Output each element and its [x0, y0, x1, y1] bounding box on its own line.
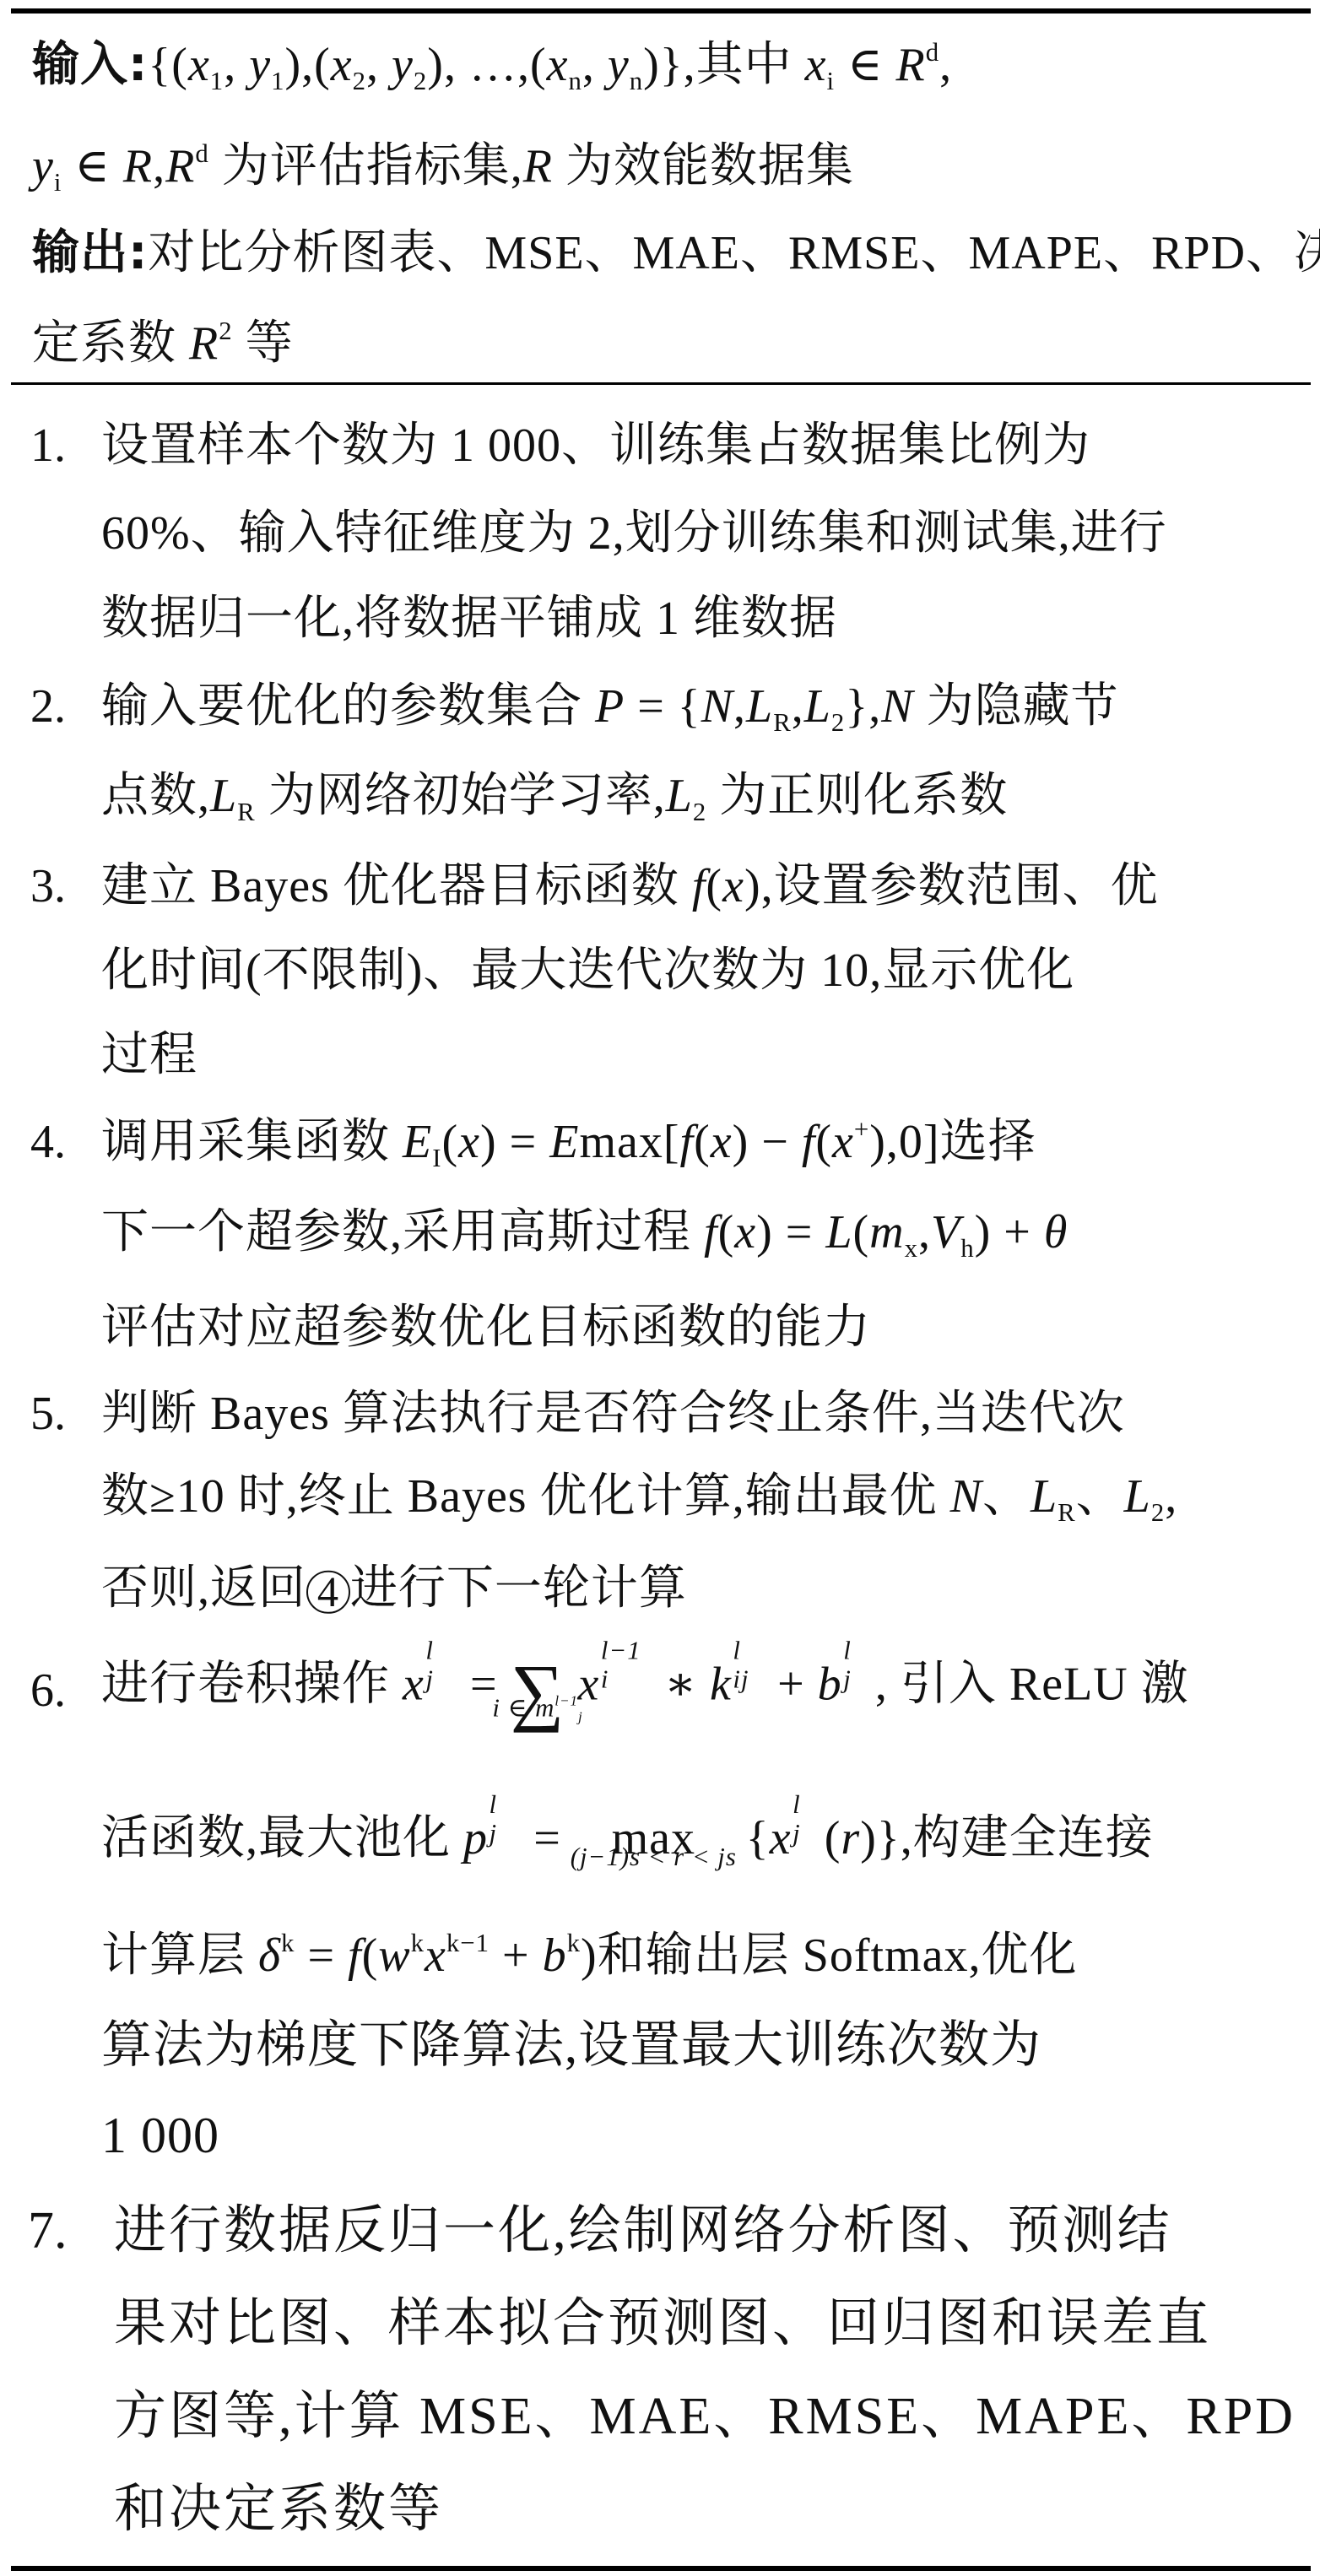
math-subscript: 2 — [831, 708, 845, 737]
text-run: ) − — [733, 1116, 802, 1168]
header-line: 输出:对比分析图表、MSE、MAE、RMSE、MAPE、RPD、决 — [32, 230, 1320, 277]
math-superscript: l — [733, 1637, 741, 1664]
text-run: ),0]选择 — [869, 1116, 1036, 1168]
step-number: 1. — [30, 422, 66, 469]
text-run: , — [733, 680, 746, 733]
text-run: )},其中 — [643, 39, 805, 91]
section-label: 输出: — [32, 225, 148, 280]
text-run: 和决定系数等 — [114, 2481, 443, 2538]
math-symbol: N — [701, 680, 733, 733]
math-symbol: p — [463, 1812, 488, 1864]
math-symbol: y — [392, 39, 414, 91]
math-subsup: lij — [732, 1652, 765, 1699]
text-run: 进行卷积操作 — [101, 1658, 403, 1710]
math-symbol: R — [189, 317, 219, 370]
math-symbol: x — [722, 860, 744, 912]
step-line: 化时间(不限制)、最大迭代次数为 10,显示优化 — [101, 947, 1074, 994]
header-line: 定系数 R2 等 — [32, 320, 294, 367]
math-symbol: f — [680, 1116, 695, 1168]
math-subscript: j — [425, 1666, 434, 1692]
math-subscript: j — [578, 1708, 583, 1724]
math-symbol: x — [832, 1116, 854, 1168]
text-run: ∈ — [835, 39, 895, 91]
math-subscript: i — [601, 1666, 609, 1692]
text-run: ( — [362, 1929, 379, 1982]
text-run: , — [224, 39, 249, 91]
text-run: 计算层 — [101, 1929, 258, 1982]
step-line: 评估对应超参数优化目标函数的能力 — [101, 1304, 871, 1351]
text-run: , — [792, 680, 804, 733]
text-run: ( — [441, 1116, 458, 1168]
text-run: = — [521, 1812, 574, 1864]
math-symbol: L — [210, 770, 237, 822]
math-symbol: R — [165, 140, 195, 192]
math-symbol: L — [666, 770, 693, 822]
math-symbol: x — [805, 39, 827, 91]
text-run: ( — [694, 1116, 711, 1168]
step-line: 60%、输入特征维度为 2,划分训练集和测试集,进行 — [101, 510, 1167, 557]
text-run: 输入要优化的参数集合 — [101, 680, 595, 733]
math-symbol: P — [595, 680, 625, 733]
math-superscript: + — [854, 1115, 869, 1144]
text-run: 对比分析图表、MSE、MAE、RMSE、MAPE、RPD、决 — [148, 227, 1320, 279]
math-subscript: j — [490, 1821, 498, 1847]
math-subscript: j — [843, 1666, 852, 1692]
step-line: 下一个超参数,采用高斯过程 f(x) = L(mx,Vh) + θ — [101, 1209, 1068, 1256]
math-symbol: x — [711, 1116, 733, 1168]
step-line: 输入要优化的参数集合 P = {N,LR,L2},N 为隐藏节 — [101, 683, 1119, 730]
math-superscript: k — [567, 1929, 581, 1957]
text-run: ) = — [480, 1116, 549, 1168]
math-symbol: R — [896, 39, 926, 91]
text-run: ( — [815, 1116, 832, 1168]
text-run: 定系数 — [32, 317, 189, 370]
step-line: 数≥10 时,终止 Bayes 优化计算,输出最优 N、LR、L2, — [101, 1473, 1177, 1520]
math-subscript: ij — [733, 1666, 749, 1692]
text-run: 为网络初始学习率, — [256, 770, 666, 822]
math-superscript: 2 — [219, 317, 232, 345]
math-symbol: w — [378, 1929, 410, 1982]
text-run: , — [153, 140, 165, 192]
sum-index: i ∈ ml−1j — [492, 1695, 582, 1721]
math-superscript: l−1 — [555, 1693, 578, 1709]
math-subscript: 1 — [271, 67, 284, 95]
bottom-rule — [11, 2566, 1311, 2571]
step-line: 数据归一化,将数据平铺成 1 维数据 — [101, 595, 837, 642]
math-superscript: k — [281, 1929, 295, 1957]
circled-number: 4 — [306, 1570, 350, 1614]
text-run: 判断 Bayes 算法执行是否符合终止条件,当迭代次 — [101, 1388, 1125, 1440]
math-symbol: x — [188, 39, 210, 91]
math-symbol: θ — [1044, 1206, 1068, 1258]
text-run: , — [1165, 1470, 1177, 1523]
math-subscript: 2 — [693, 798, 706, 826]
step-line: 算法为梯度下降算法,设置最大训练次数为 — [101, 2020, 1041, 2070]
text-run: { — [733, 1812, 770, 1864]
step-line: 建立 Bayes 优化器目标函数 f(x),设置参数范围、优 — [101, 863, 1159, 910]
math-subscript: R — [237, 798, 256, 826]
step-line: 进行卷积操作 xlj = ∑i ∈ ml−1j xl−1i ∗ klij + b… — [101, 1652, 1189, 1729]
math-superscript: l — [793, 1792, 801, 1818]
text-run: )},构建全连接 — [860, 1812, 1154, 1864]
step-line: 判断 Bayes 算法执行是否符合终止条件,当迭代次 — [101, 1390, 1125, 1437]
math-subsup: lj — [425, 1652, 457, 1699]
math-superscript: d — [926, 38, 939, 67]
math-superscript: l — [425, 1637, 434, 1664]
math-subsup: l−1i — [599, 1652, 652, 1699]
header-line: yi ∈ R,Rd 为评估指标集,R 为效能数据集 — [32, 143, 854, 190]
text-run: , — [918, 1206, 931, 1258]
text-run: ),( — [284, 39, 330, 91]
text-run: 等 — [233, 317, 294, 370]
math-symbol: L — [825, 1206, 852, 1258]
math-symbol: x — [458, 1116, 480, 1168]
text-run: max[ — [579, 1116, 679, 1168]
text-run: 、 — [1076, 1470, 1124, 1523]
math-symbol: f — [348, 1929, 362, 1982]
math-symbol: b — [543, 1929, 567, 1982]
text-run: {( — [148, 39, 188, 91]
math-symbol: f — [692, 860, 706, 912]
math-subscript: x — [905, 1234, 918, 1263]
step-line: 1 000 — [101, 2110, 219, 2161]
step-line: 果对比图、样本拟合预测图、回归图和误差直 — [114, 2297, 1211, 2350]
math-subsup: lj — [488, 1806, 521, 1854]
text-run: 60%、输入特征维度为 2,划分训练集和测试集,进行 — [101, 507, 1167, 560]
text-run: 果对比图、样本拟合预测图、回归图和误差直 — [114, 2295, 1211, 2352]
math-subscript: i — [827, 67, 836, 95]
math-symbol: x — [331, 39, 353, 91]
header-line: 输入:{(x1, y1),(x2, y2), …,(xn, yn)},其中 xi… — [32, 41, 952, 89]
step-number: 3. — [30, 863, 66, 910]
step-number: 5. — [30, 1390, 66, 1437]
text-run: ( — [706, 860, 722, 912]
step-line: 计算层 δk = f(wkxk−1 + bk)和输出层 Softmax,优化 — [101, 1932, 1077, 1979]
text-run: , — [939, 39, 952, 91]
text-run: 进行数据反归一化,绘制网络分析图、预测结 — [114, 2202, 1172, 2259]
text-run: 1 000 — [101, 2108, 219, 2163]
math-symbol: L — [1124, 1470, 1151, 1523]
step-number: 4. — [30, 1118, 66, 1166]
text-run: 下一个超参数,采用高斯过程 — [101, 1206, 704, 1258]
math-superscript: k−1 — [446, 1929, 490, 1957]
math-superscript: k — [411, 1929, 425, 1957]
text-run: ( — [718, 1206, 735, 1258]
text-run: = { — [625, 680, 701, 733]
step-line: 和决定系数等 — [114, 2483, 443, 2535]
text-run: }, — [845, 680, 881, 733]
section-label: 输入: — [32, 37, 148, 92]
text-run: ∈ — [62, 140, 122, 192]
math-symbol: x — [403, 1658, 425, 1710]
step-line: 过程 — [101, 1031, 197, 1079]
math-symbol: L — [1031, 1470, 1058, 1523]
text-run: 调用采集函数 — [101, 1116, 403, 1168]
math-symbol: V — [931, 1206, 960, 1258]
text-run: 算法为梯度下降算法,设置最大训练次数为 — [101, 2017, 1041, 2073]
text-run: )和输出层 Softmax,优化 — [581, 1929, 1077, 1982]
text-run: 化时间(不限制)、最大迭代次数为 10,显示优化 — [101, 944, 1074, 997]
math-symbol: y — [608, 39, 630, 91]
math-symbol: N — [950, 1470, 982, 1523]
text-run: 、 — [982, 1470, 1031, 1523]
text-run: , — [366, 39, 392, 91]
math-subscript: R — [773, 708, 792, 737]
math-subscript: I — [432, 1144, 441, 1172]
math-subscript: 2 — [414, 67, 427, 95]
math-symbol: f — [704, 1206, 718, 1258]
math-symbol: L — [746, 680, 773, 733]
text-run: 建立 Bayes 优化器目标函数 — [101, 860, 692, 912]
step-number: 2. — [30, 683, 66, 730]
step-line: 调用采集函数 EI(x) = Emax[f(x) − f(x+),0]选择 — [101, 1118, 1036, 1166]
math-superscript: l — [843, 1637, 852, 1664]
text-run: ∗ — [652, 1658, 710, 1710]
step-line: 活函数,最大池化 plj = max(j−1)s < r < js {xlj(r… — [101, 1806, 1154, 1862]
step-line: 进行数据反归一化,绘制网络分析图、预测结 — [114, 2205, 1172, 2257]
step-line: 设置样本个数为 1 000、训练集占数据集比例为 — [101, 422, 1090, 469]
math-symbol: x — [770, 1812, 792, 1864]
text-run: + — [490, 1929, 543, 1982]
text-run: ( — [825, 1812, 841, 1864]
text-run: 点数, — [101, 770, 210, 822]
math-symbol: x — [425, 1929, 446, 1982]
text-run: = — [295, 1929, 348, 1982]
text-run: ) = — [756, 1206, 825, 1258]
math-subscript: 1 — [210, 67, 224, 95]
text-run: ), …,( — [427, 39, 546, 91]
math-subscript: n — [630, 67, 643, 95]
math-subscript: i — [54, 168, 62, 197]
math-subscript: n — [568, 67, 582, 95]
text-run: + — [765, 1658, 818, 1710]
math-symbol: f — [802, 1116, 816, 1168]
text-run: , 引入 ReLU 激 — [875, 1658, 1189, 1710]
text-run: 为评估指标集, — [209, 140, 523, 192]
text-run: 为隐藏节 — [914, 680, 1119, 733]
math-symbol: N — [881, 680, 913, 733]
text-run: 过程 — [101, 1029, 197, 1081]
text-run: 设置样本个数为 1 000、训练集占数据集比例为 — [101, 419, 1090, 472]
text-run: 活函数,最大池化 — [101, 1812, 463, 1864]
text-run: ),设置参数范围、优 — [744, 860, 1159, 912]
math-symbol: R — [523, 140, 553, 192]
text-run: 数据归一化,将数据平铺成 1 维数据 — [101, 593, 837, 645]
math-symbol: E — [403, 1116, 432, 1168]
step-line: 点数,LR 为网络初始学习率,L2 为正则化系数 — [101, 772, 1008, 820]
max-limit: (j−1)s < r < js — [571, 1844, 737, 1870]
step-number: 7. — [28, 2205, 68, 2257]
math-superscript: d — [195, 139, 208, 168]
math-subsup: lj — [792, 1806, 825, 1854]
math-symbol: y — [249, 39, 271, 91]
math-subscript: 2 — [1151, 1498, 1165, 1527]
math-symbol: L — [804, 680, 831, 733]
text-run: 为正则化系数 — [706, 770, 1008, 822]
text-run: 为效能数据集 — [553, 140, 854, 192]
max-operator: max(j−1)s < r < js — [612, 1815, 695, 1862]
math-symbol: x — [734, 1206, 756, 1258]
text-run: 评估对应超参数优化目标函数的能力 — [101, 1302, 871, 1354]
math-symbol: y — [32, 140, 54, 192]
math-symbol: k — [710, 1658, 732, 1710]
math-symbol: x — [547, 39, 569, 91]
math-subsup: lj — [842, 1652, 875, 1699]
math-superscript: l−1 — [601, 1637, 641, 1664]
math-superscript: l — [490, 1792, 498, 1818]
step-line: 否则,返回4进行下一轮计算 — [101, 1565, 687, 1614]
math-symbol: b — [818, 1658, 842, 1710]
text-run: 方图等,计算 MSE、MAE、RMSE、MAPE、RPD — [114, 2388, 1296, 2445]
text-run: ( — [852, 1206, 869, 1258]
top-rule — [11, 8, 1311, 14]
text-run: , — [582, 39, 608, 91]
math-symbol: E — [549, 1116, 579, 1168]
math-subscript: 2 — [353, 67, 366, 95]
math-symbol: δ — [258, 1929, 281, 1982]
math-subscript: R — [1058, 1498, 1076, 1527]
text-run: ) + — [975, 1206, 1044, 1258]
summation: ∑i ∈ ml−1j — [511, 1653, 565, 1729]
text-run: 数≥10 时,终止 Bayes 优化计算,输出最优 — [101, 1470, 950, 1523]
math-symbol: m — [869, 1206, 904, 1258]
text-run: 否则,返回 — [101, 1562, 306, 1615]
math-symbol: R — [123, 140, 153, 192]
math-subscript: h — [960, 1234, 974, 1263]
header-separator-rule — [11, 382, 1311, 385]
step-number: 6. — [30, 1667, 66, 1714]
text-run: 进行下一轮计算 — [350, 1562, 687, 1615]
math-symbol: r — [841, 1812, 860, 1864]
math-subscript: j — [793, 1821, 801, 1847]
step-line: 方图等,计算 MSE、MAE、RMSE、MAPE、RPD — [114, 2390, 1296, 2443]
